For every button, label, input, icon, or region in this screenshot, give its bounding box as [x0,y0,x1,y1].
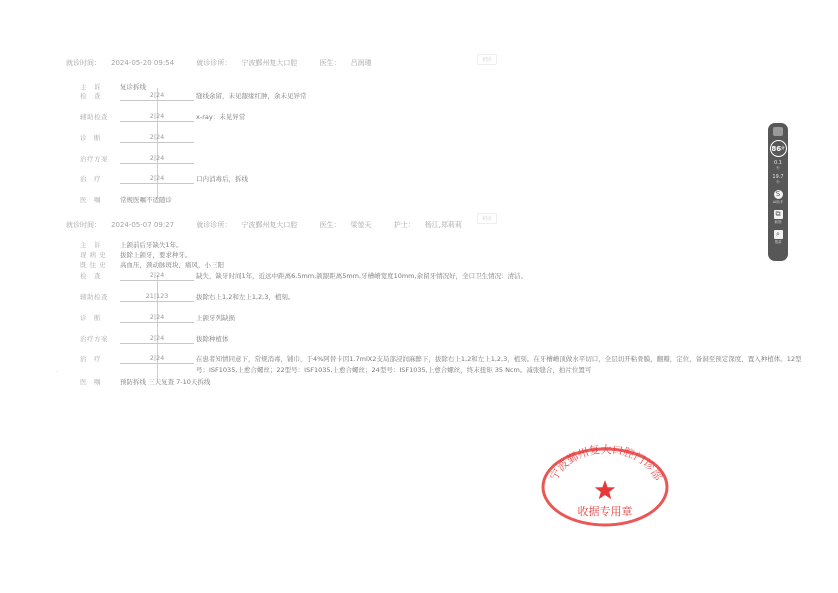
row-label: 辅助检查 [80,112,120,121]
row-label: 医 嘱 [80,377,120,386]
clinic-label: 就诊诊所： [196,221,231,229]
screenshot-button[interactable]: ⧉ 截图 [774,210,783,225]
tooth-position: 2|24 [120,112,194,122]
tooth-position: 21|123 [120,292,194,302]
nurse-label: 护士： [394,221,415,229]
row-desc: 缝线余留，未见龈缘红肿，余未见异常 [196,91,307,100]
tooth-position: 2|24 [120,313,194,323]
row-label: 检 查 [80,91,120,100]
screenshot-icon: ⧉ [774,210,783,219]
row-desc: x-ray：未见异常 [196,112,245,121]
row-value: 高血压，颈动脉斑块，痛风，小三阳 [120,260,224,269]
row-label: 诊 断 [80,313,120,322]
visit-tag: 初诊 [477,54,497,65]
doctor-name: 梁堃天 [351,221,372,229]
visit-header: 就诊时间：2024-05-20 09:54 就诊诊所：宁波鄞州复大口腔 医生：吕… [66,58,392,68]
doctor-label: 医生： [320,59,341,67]
row-desc: 在患者知情同意下，常规消毒，铺巾，于4%阿替卡因1.7mlX2支局部浸润麻醉下，… [196,354,806,376]
tooth-position: 2|24 [120,174,194,184]
row-desc: 上颌牙列缺损 [196,313,235,322]
search-icon: ⌕ [774,230,783,239]
pin-icon[interactable] [773,127,783,136]
clinic-name: 宁波鄞州复大口腔 [241,221,297,229]
side-toolbar: 86分 0.1秒 19.7秒 S AI助手 ⧉ 截图 ⌕ 搜索 [768,123,788,261]
visit-header: 就诊时间：2024-05-07 09:27 就诊诊所：宁波鄞州复大口腔 医生：梁… [66,220,482,230]
tooth-position: 2|24 [120,271,194,281]
tooth-position: 2|24 [120,133,194,143]
svg-text:收据专用章: 收据专用章 [578,504,633,518]
row-value: 上颌前后牙缺失1年。 [120,240,183,249]
clinic-name: 宁波鄞州复大口腔 [241,59,297,67]
row-desc: 缺失，缺牙时间1年，近远中距离6.5mm,颌龈距离5mm,牙槽嵴宽度10mm,余… [196,271,527,280]
row-label: 辅助检查 [80,292,120,301]
stat-2: 19.7秒 [772,175,783,185]
row-label: 治 疗 [80,174,120,183]
stat-1: 0.1秒 [774,161,782,171]
visit-time-label: 就诊时间： [66,59,101,67]
row-desc: 拔除右上1,2和左上1,2,3，植刻。 [196,292,294,301]
nurse-name: 杨江,郑莉莉 [425,221,462,229]
medical-record-page: 就诊时间：2024-05-20 09:54 就诊诊所：宁波鄞州复大口腔 医生：吕… [0,0,838,593]
ai-assistant-button[interactable]: S AI助手 [773,190,783,205]
tooth-position: 2|24 [120,334,194,344]
visit-tag: 初诊 [477,213,497,224]
row-value: 复诊拆线 [120,82,146,91]
row-desc: 口内消毒后，拆线 [196,174,248,183]
row-value: 预防拆线 三天复查 7-10天拆线 [120,377,210,386]
row-desc: 拔除种植体 [196,334,229,343]
visit-time: 2024-05-07 09:27 [111,221,174,229]
row-label: 主 诉 [80,82,120,91]
row-label: 主 诉 [80,240,120,249]
tooth-chart-divider [157,275,158,380]
row-label: 医 嘱 [80,195,120,204]
receipt-seal-stamp: 宁波鄞州复大口腔门诊部 收据专用章 [540,435,670,527]
visit-time: 2024-05-20 09:54 [111,59,174,67]
ai-icon: S [774,190,783,199]
row-label: 现 病 史 [80,250,120,259]
row-label: 治疗方案 [80,154,120,163]
tooth-position: 2|24 [120,354,194,364]
row-value: 拔除上颌牙，要求种牙。 [120,250,192,259]
score-badge[interactable]: 86分 [770,140,787,157]
row-label: 既 往 史 [80,260,120,269]
row-value: 常规医嘱不适随诊 [120,195,172,204]
row-label: 检 查 [80,271,120,280]
visit-time-label: 就诊时间： [66,221,101,229]
tooth-position: 2|24 [120,91,194,101]
clinic-label: 就诊诊所： [196,59,231,67]
doctor-name: 吕润瑾 [351,59,372,67]
search-button[interactable]: ⌕ 搜索 [774,230,783,245]
row-label: 治 疗 [80,354,120,363]
row-label: 诊 断 [80,133,120,142]
row-label: 治疗方案 [80,334,120,343]
tooth-position: 2|24 [120,154,194,164]
margin-mark: · [56,369,58,376]
svg-text:宁波鄞州复大口腔门诊部: 宁波鄞州复大口腔门诊部 [547,442,664,483]
doctor-label: 医生： [320,221,341,229]
